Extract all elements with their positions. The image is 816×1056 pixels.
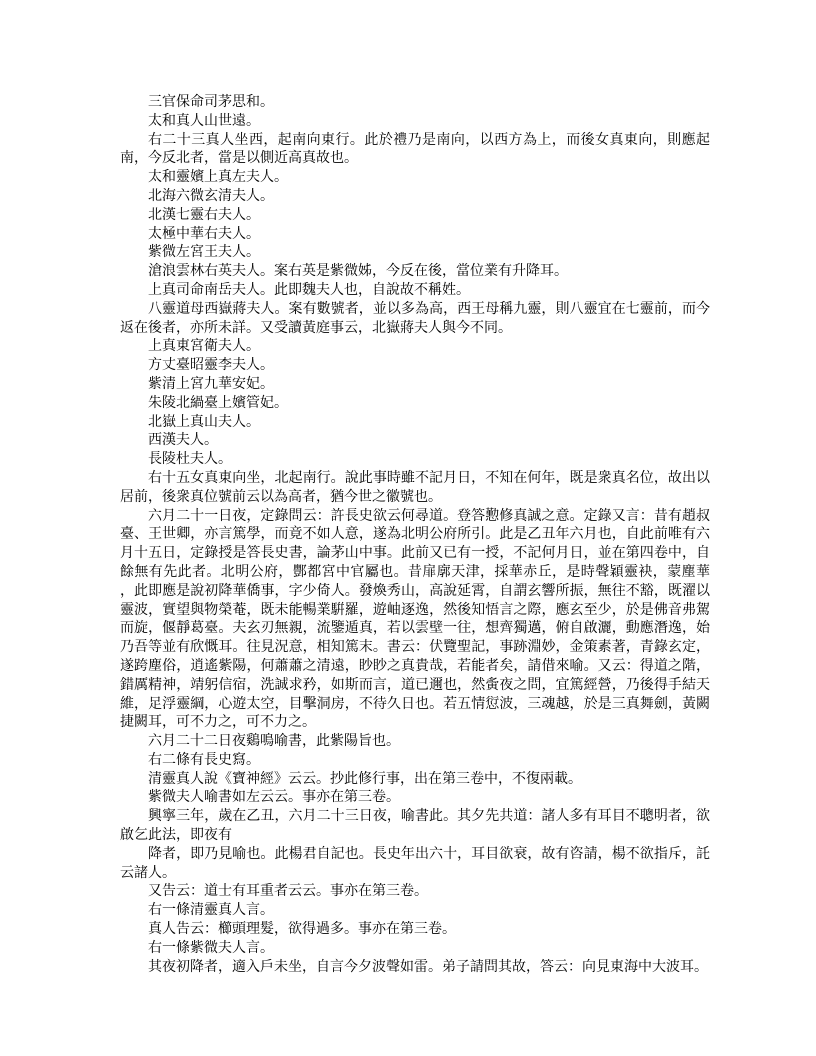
paragraph: 六月二十二日夜鷄鳴喻書，此紫陽旨也。 [120, 732, 710, 751]
paragraph: 右一條紫微夫人言。 [120, 939, 710, 958]
paragraph: 右一條清靈真人言。 [120, 901, 710, 920]
paragraph: 右二十三真人坐西，起南向東行。此於禮乃是南向，以西方為上，而後女真東向，則應起南… [120, 131, 710, 169]
paragraph: 西漢夫人。 [120, 431, 710, 450]
paragraph: 三官保命司茅思和。 [120, 93, 710, 112]
paragraph: 上真東宮衛夫人。 [120, 337, 710, 356]
paragraph: 太和真人山世遠。 [120, 112, 710, 131]
paragraph: 方丈臺昭靈李夫人。 [120, 356, 710, 375]
paragraph: 六月二十一日夜，定錄問云：許長史欲云何尋道。登答懃修真誠之意。定錄又言：昔有趙叔… [120, 507, 710, 733]
paragraph: 真人告云：櫛頭理髮，欲得過多。事亦在第三卷。 [120, 920, 710, 939]
paragraph: 降者，即乃見喻也。此楊君自記也。長史年出六十，耳目欲衰，故有咨請，楊不欲指斥，託… [120, 845, 710, 883]
paragraph: 其夜初降者，適入戶未坐，自言今夕波聲如雷。弟子請問其故，答云：向見東海中大波耳。 [120, 958, 710, 977]
paragraph: 北海六微玄清夫人。 [120, 187, 710, 206]
paragraph: 長陵杜夫人。 [120, 450, 710, 469]
paragraph: 右十五女真東向坐，北起南行。說此事時雖不記月日，不知在何年，既是衆真名位，故出以… [120, 469, 710, 507]
paragraph: 太極中華右夫人。 [120, 225, 710, 244]
paragraph: 紫清上宮九華安妃。 [120, 375, 710, 394]
paragraph: 北嶽上真山夫人。 [120, 413, 710, 432]
paragraph: 上真司命南岳夫人。此即魏夫人也，自說故不稱姓。 [120, 281, 710, 300]
paragraph: 八靈道母西嶽蔣夫人。案有數號者，並以多為高，西王母稱九靈，則八靈宜在七靈前，而今… [120, 300, 710, 338]
paragraph: 右二條有長史寫。 [120, 751, 710, 770]
paragraph: 興寧三年，歲在乙丑，六月二十三日夜，喻書此。其夕先共道：諸人多有耳目不聰明者，欲… [120, 807, 710, 845]
paragraph: 北漢七靈右夫人。 [120, 206, 710, 225]
paragraph: 滄浪雲林右英夫人。案右英是紫微姊，今反在後，當位業有升降耳。 [120, 262, 710, 281]
paragraph: 清靈真人說《寶神經》云云。抄此修行事，出在第三卷中，不復兩載。 [120, 770, 710, 789]
paragraph: 朱陵北緺臺上嬪管妃。 [120, 394, 710, 413]
paragraph: 太和靈嬪上真左夫人。 [120, 168, 710, 187]
document-page: 三官保命司茅思和。 太和真人山世遠。 右二十三真人坐西，起南向東行。此於禮乃是南… [120, 93, 710, 976]
paragraph: 紫微夫人喻書如左云云。事亦在第三卷。 [120, 788, 710, 807]
paragraph: 紫微左宮王夫人。 [120, 243, 710, 262]
paragraph: 又告云：道士有耳重者云云。事亦在第三卷。 [120, 882, 710, 901]
